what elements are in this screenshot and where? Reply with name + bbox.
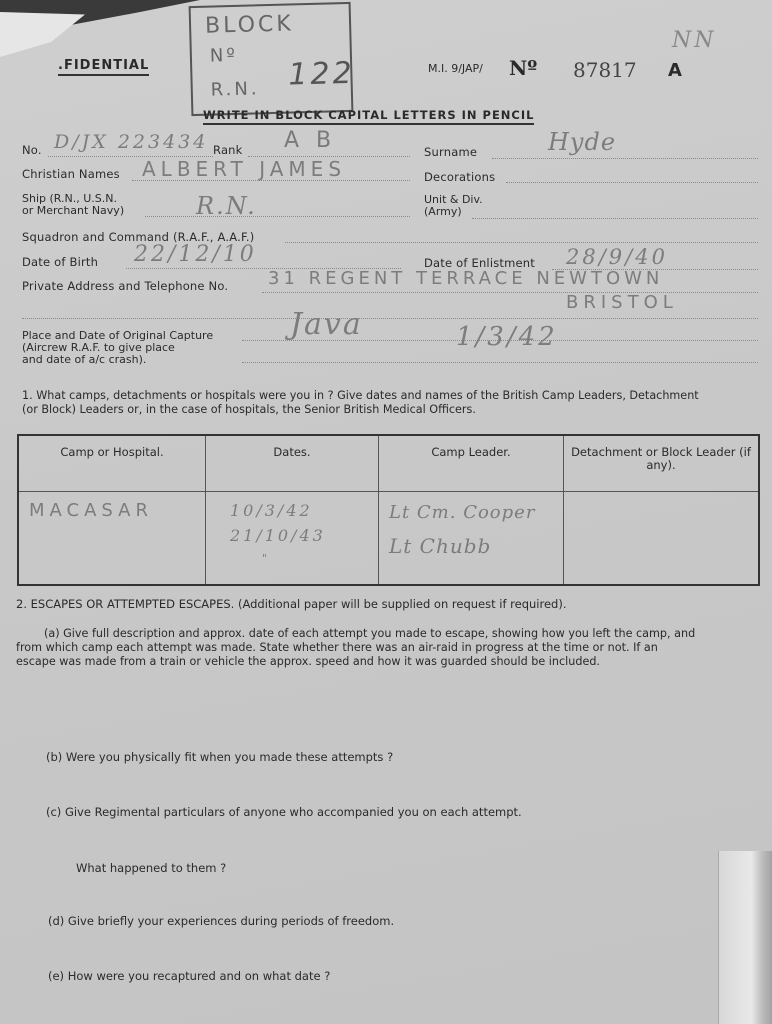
header-detachment-leader: Detachment or Block Leader (if any). <box>564 435 760 492</box>
ship-label: Ship (R.N., U.S.N. or Merchant Navy) <box>22 193 124 217</box>
address-value-line1: 31 REGENT TERRACE NEWTOWN <box>268 268 663 289</box>
dates-cell: 10/3/42 21/10/43 " <box>206 492 379 586</box>
section2-a: (a) Give full description and approx. da… <box>16 627 764 669</box>
camp-cell: MACASAR <box>18 492 206 586</box>
form-page: .FIDENTIAL BLOCK Nº R.N. 122 WRITE IN BL… <box>0 0 772 1024</box>
christian-names-value: ALBERT JAMES <box>142 157 346 181</box>
instruction-heading: WRITE IN BLOCK CAPITAL LETTERS IN PENCIL <box>203 108 534 125</box>
serial-suffix: A <box>668 60 682 81</box>
ship-value: R.N. <box>196 192 257 220</box>
stamp-no-text: Nº <box>210 45 238 67</box>
no-label: No. <box>22 143 42 157</box>
capture-date-value: 1/3/42 <box>456 322 558 352</box>
enlistment-value: 28/9/40 <box>566 245 668 269</box>
confidential-label: .FIDENTIAL <box>58 58 149 76</box>
rank-label: Rank <box>213 143 243 157</box>
section2-c: (c) Give Regimental particulars of anyon… <box>46 805 522 819</box>
camps-table: Camp or Hospital. Dates. Camp Leader. De… <box>17 434 760 586</box>
section2-d: (d) Give briefly your experiences during… <box>48 914 394 928</box>
pencil-annotation: NN <box>672 28 717 53</box>
surname-label: Surname <box>424 145 477 159</box>
serial-number: 87817 <box>573 58 637 82</box>
capture-label: Place and Date of Original Capture (Airc… <box>22 330 213 366</box>
stamp-rn-text: R.N. <box>211 78 260 100</box>
header-dates: Dates. <box>206 435 379 492</box>
header-camp-leader: Camp Leader. <box>379 435 564 492</box>
section2-b: (b) Were you physically fit when you mad… <box>46 750 393 764</box>
address-value-line2: BRISTOL <box>566 292 678 313</box>
dob-value: 22/12/10 <box>134 242 257 267</box>
table-row: MACASAR 10/3/42 21/10/43 " Lt Cm. Cooper… <box>18 492 759 586</box>
stamp-number: 122 <box>288 56 355 93</box>
section1-question: 1. What camps, detachments or hospitals … <box>22 389 762 417</box>
form-reference: M.I. 9/JAP/ <box>428 62 483 75</box>
decorations-label: Decorations <box>424 170 495 184</box>
header-camp: Camp or Hospital. <box>18 435 206 492</box>
section2-e: (e) How were you recaptured and on what … <box>48 969 330 983</box>
number-symbol: Nº <box>509 56 537 80</box>
address-label: Private Address and Telephone No. <box>22 279 228 293</box>
camp-leader-cell: Lt Cm. Cooper Lt Chubb <box>379 492 564 586</box>
detachment-leader-cell <box>564 492 760 586</box>
capture-place-value: Java <box>290 307 363 342</box>
christian-names-label: Christian Names <box>22 167 120 181</box>
section2-c-followup: What happened to them ? <box>76 861 226 875</box>
block-stamp: BLOCK Nº R.N. 122 <box>189 2 354 116</box>
torn-corner-light <box>0 12 85 62</box>
paper-edge-flap <box>718 851 772 1024</box>
unit-label: Unit & Div. (Army) <box>424 194 483 218</box>
service-number-value: D/JX 223434 <box>54 131 208 153</box>
stamp-block-text: BLOCK <box>205 11 294 38</box>
surname-value: Hyde <box>548 128 616 156</box>
rank-value: A B <box>284 128 336 153</box>
section2-title: 2. ESCAPES OR ATTEMPTED ESCAPES. (Additi… <box>16 597 567 611</box>
dob-label: Date of Birth <box>22 255 98 269</box>
